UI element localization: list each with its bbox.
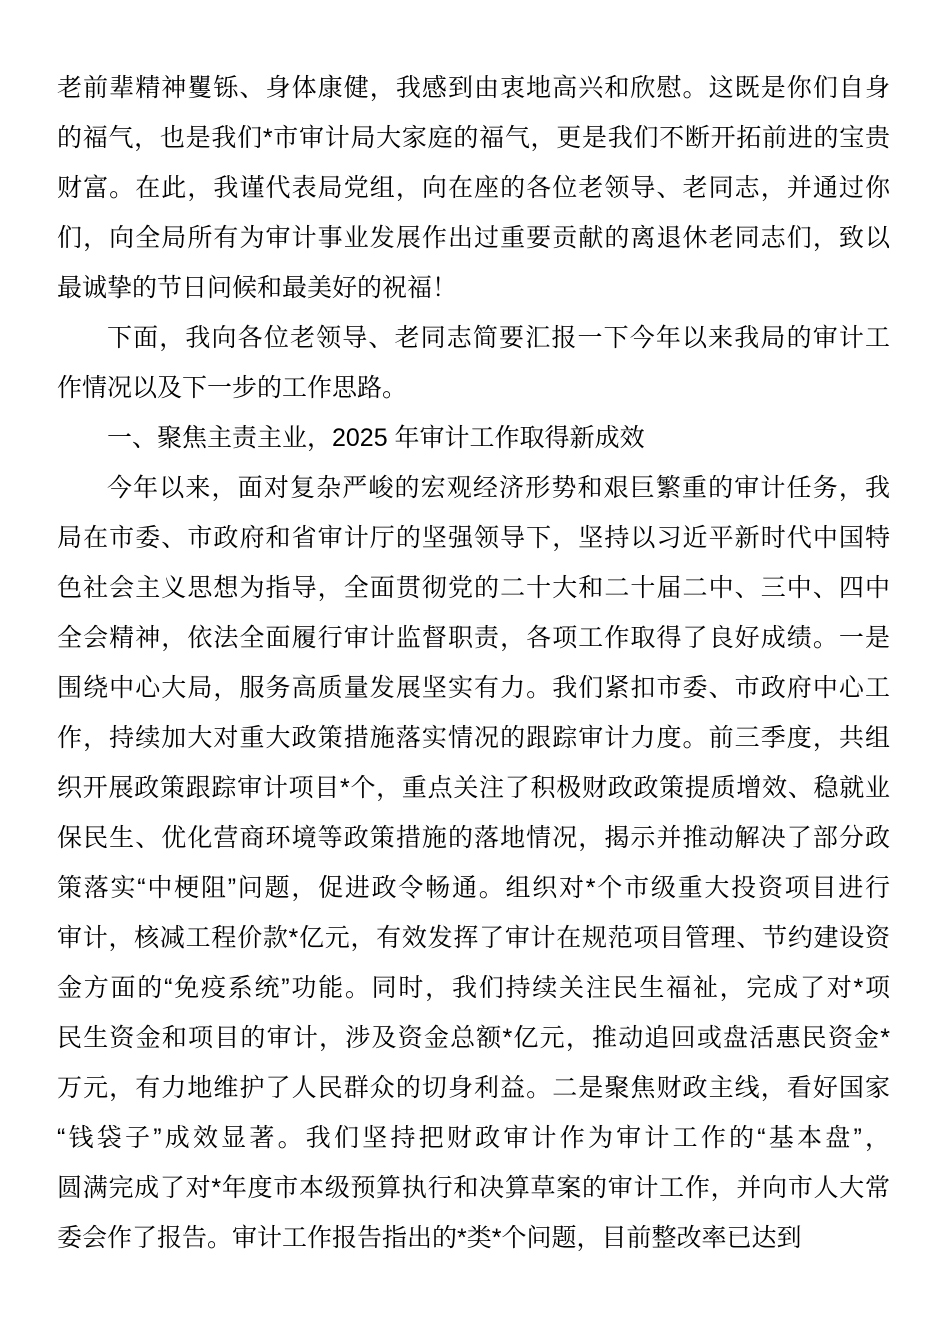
paragraph-line: “钱袋子”成效显著。我们坚持把财政审计作为审计工作的“基本盘”， bbox=[57, 1113, 890, 1163]
paragraph-line: 色社会主义思想为指导，全面贯彻党的二十大和二十届二中、三中、四中 bbox=[57, 563, 890, 613]
paragraph-line: 下面，我向各位老领导、老同志简要汇报一下今年以来我局的审计工 bbox=[57, 313, 890, 363]
paragraph-line: 全会精神，依法全面履行审计监督职责，各项工作取得了良好成绩。一是 bbox=[57, 613, 890, 663]
paragraph-line: 圆满完成了对*年度市本级预算执行和决算草案的审计工作，并向市人大常 bbox=[57, 1163, 890, 1213]
document-page: 老前辈精神矍铄、身体康健，我感到由衷地高兴和欣慰。这既是你们自身的福气，也是我们… bbox=[0, 0, 950, 1344]
paragraph-line: 委会作了报告。审计工作报告指出的*类*个问题，目前整改率已达到 bbox=[57, 1213, 890, 1263]
paragraph-line: 最诚挚的节日问候和最美好的祝福！ bbox=[57, 263, 890, 313]
document-body: 老前辈精神矍铄、身体康健，我感到由衷地高兴和欣慰。这既是你们自身的福气，也是我们… bbox=[57, 63, 890, 1263]
paragraph-line: 老前辈精神矍铄、身体康健，我感到由衷地高兴和欣慰。这既是你们自身 bbox=[57, 63, 890, 113]
paragraph-line: 策落实“中梗阻”问题，促进政令畅通。组织对*个市级重大投资项目进行 bbox=[57, 863, 890, 913]
paragraph-line: 作情况以及下一步的工作思路。 bbox=[57, 363, 890, 413]
heading-line: 一、聚焦主责主业，2025 年审计工作取得新成效 bbox=[57, 413, 890, 463]
paragraph-line: 审计，核减工程价款*亿元，有效发挥了审计在规范项目管理、节约建设资 bbox=[57, 913, 890, 963]
paragraph-line: 今年以来，面对复杂严峻的宏观经济形势和艰巨繁重的审计任务，我 bbox=[57, 463, 890, 513]
paragraph-line: 金方面的“免疫系统”功能。同时，我们持续关注民生福祉，完成了对*项 bbox=[57, 963, 890, 1013]
paragraph-line: 织开展政策跟踪审计项目*个，重点关注了积极财政政策提质增效、稳就业 bbox=[57, 763, 890, 813]
page-background: { "page": { "background_color": "#ffffff… bbox=[0, 0, 950, 1344]
paragraph-line: 们，向全局所有为审计事业发展作出过重要贡献的离退休老同志们，致以 bbox=[57, 213, 890, 263]
paragraph-line: 局在市委、市政府和省审计厅的坚强领导下，坚持以习近平新时代中国特 bbox=[57, 513, 890, 563]
paragraph-line: 民生资金和项目的审计，涉及资金总额*亿元，推动追回或盘活惠民资金* bbox=[57, 1013, 890, 1063]
paragraph-line: 作，持续加大对重大政策措施落实情况的跟踪审计力度。前三季度，共组 bbox=[57, 713, 890, 763]
paragraph-line: 万元，有力地维护了人民群众的切身利益。二是聚焦财政主线，看好国家 bbox=[57, 1063, 890, 1113]
paragraph-line: 的福气，也是我们*市审计局大家庭的福气，更是我们不断开拓前进的宝贵 bbox=[57, 113, 890, 163]
paragraph-line: 保民生、优化营商环境等政策措施的落地情况，揭示并推动解决了部分政 bbox=[57, 813, 890, 863]
paragraph-line: 围绕中心大局，服务高质量发展坚实有力。我们紧扣市委、市政府中心工 bbox=[57, 663, 890, 713]
paragraph-line: 财富。在此，我谨代表局党组，向在座的各位老领导、老同志，并通过你 bbox=[57, 163, 890, 213]
